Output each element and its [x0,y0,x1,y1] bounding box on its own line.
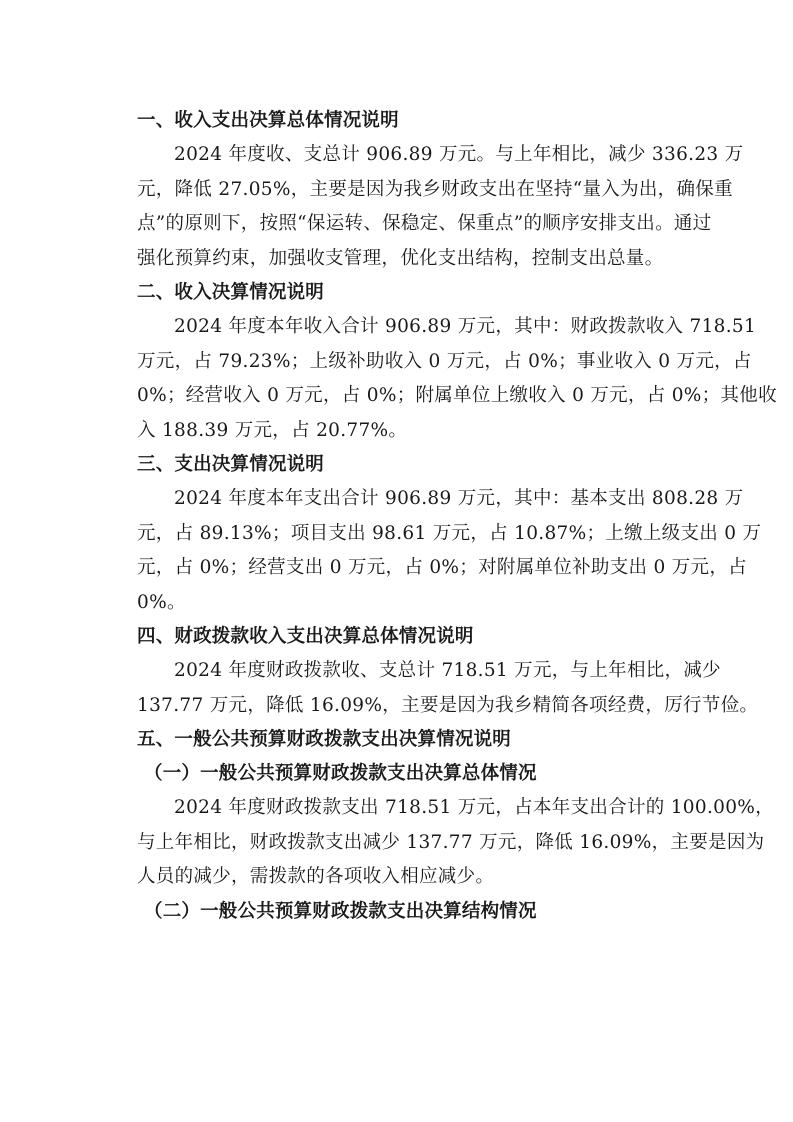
subsection-heading-5-1: （一）一般公共预算财政拨款支出决算总体情况 [100,757,698,791]
paragraph-line: 2024 年度财政拨款支出 718.51 万元，占本年支出合计的 100.00%… [100,791,698,826]
paragraph-line: 2024 年度本年支出合计 906.89 万元，其中：基本支出 808.28 万 [100,482,698,517]
section-heading-5: 五、一般公共预算财政拨款支出决算情况说明 [100,723,698,757]
paragraph-line: 万元，占 79.23%；上级补助收入 0 万元，占 0%；事业收入 0 万元，占 [100,345,698,380]
paragraph-line: 强化预算约束，加强收支管理，优化支出结构，控制支出总量。 [100,242,698,277]
section-paragraph-3: 2024 年度本年支出合计 906.89 万元，其中：基本支出 808.28 万… [100,482,698,620]
section-paragraph-2: 2024 年度本年收入合计 906.89 万元，其中：财政拨款收入 718.51… [100,310,698,448]
subsection-heading-5-2: （二）一般公共预算财政拨款支出决算结构情况 [100,895,698,929]
paragraph-line: 137.77 万元，降低 16.09%，主要是因为我乡精简各项经费，厉行节俭。 [100,689,698,724]
paragraph-line: 点”的原则下，按照“保运转、保稳定、保重点”的顺序安排支出。通过 [100,207,698,242]
paragraph-line: 元，占 89.13%；项目支出 98.61 万元，占 10.87%；上缴上级支出… [100,517,698,552]
paragraph-line: 2024 年度财政拨款收、支总计 718.51 万元，与上年相比，减少 [100,654,698,689]
section-paragraph-1: 2024 年度收、支总计 906.89 万元。与上年相比，减少 336.23 万… [100,138,698,276]
section-heading-4: 四、财政拨款收入支出决算总体情况说明 [100,620,698,654]
document-page: 一、收入支出决算总体情况说明 2024 年度收、支总计 906.89 万元。与上… [100,104,698,929]
paragraph-line: 人员的减少，需拨款的各项收入相应减少。 [100,860,698,895]
paragraph-line: 0%。 [100,586,698,621]
paragraph-line: 2024 年度收、支总计 906.89 万元。与上年相比，减少 336.23 万 [100,138,698,173]
paragraph-line: 0%；经营收入 0 万元，占 0%；附属单位上缴收入 0 万元，占 0%；其他收 [100,379,698,414]
section-heading-3: 三、支出决算情况说明 [100,448,698,482]
section-heading-1: 一、收入支出决算总体情况说明 [100,104,698,138]
section-paragraph-4: 2024 年度财政拨款收、支总计 718.51 万元，与上年相比，减少 137.… [100,654,698,723]
subsection-paragraph-5-1: 2024 年度财政拨款支出 718.51 万元，占本年支出合计的 100.00%… [100,791,698,895]
paragraph-line: 入 188.39 万元，占 20.77%。 [100,414,698,449]
section-heading-2: 二、收入决算情况说明 [100,276,698,310]
paragraph-line: 元，降低 27.05%，主要是因为我乡财政支出在坚持“量入为出，确保重 [100,173,698,208]
paragraph-line: 2024 年度本年收入合计 906.89 万元，其中：财政拨款收入 718.51 [100,310,698,345]
paragraph-line: 元，占 0%；经营支出 0 万元，占 0%；对附属单位补助支出 0 万元，占 [100,551,698,586]
paragraph-line: 与上年相比，财政拨款支出减少 137.77 万元，降低 16.09%，主要是因为 [100,826,698,861]
